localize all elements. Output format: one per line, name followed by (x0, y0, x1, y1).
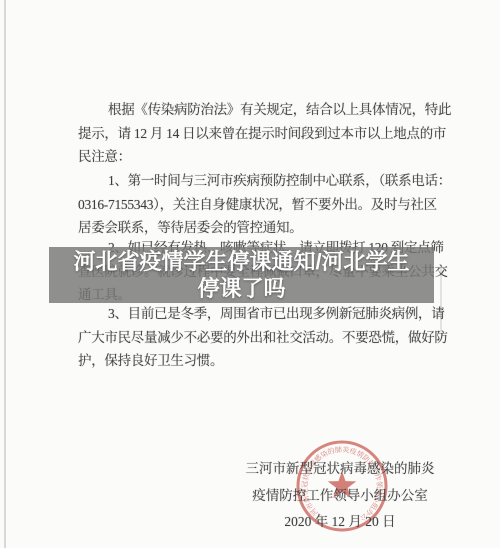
paragraph-line: 民注意： (78, 145, 458, 169)
paragraph-intro: 根据《传染病防治法》有关规定，结合以上具体情况，特此 提示，请 12 月 14 … (78, 98, 458, 169)
signature-block: 三河市新型冠状病毒感染的肺炎 疫情防控工作领导小组办公室 2020 年 12 月… (229, 456, 451, 536)
paragraph-line: 广大市民尽量减少不必要的外出和社交活动。不要恐慌，做好防 (78, 326, 458, 350)
caption-overlay-banner: 河北省疫情学生停课通知/河北学生 停课了吗 (49, 247, 434, 303)
paragraph-item-3: 3、目前已是冬季，周围省市已出现多例新冠肺炎病例，请 广大市民尽量减少不必要的外… (78, 302, 458, 373)
page-left-edge-line (4, 0, 6, 548)
paragraph-line: 护，保持良好卫生习惯。 (78, 349, 458, 373)
signature-date: 2020 年 12 月 20 日 (229, 509, 451, 536)
paragraph-line: 提示，请 12 月 14 日以来曾在提示时间段到过本市以上地点的市 (78, 122, 458, 146)
caption-title-line2: 停课了吗 (49, 275, 434, 302)
paragraph-item-1: 1、第一时间与三河市疾病预防控制中心联系，（联系电话： 0316-7155343… (78, 169, 458, 240)
document-page: 根据《传染病防治法》有关规定，结合以上具体情况，特此 提示，请 12 月 14 … (0, 0, 500, 548)
paragraph-line: 0316-7155343），关注自身健康状况，暂不要外出。及时与社区 (78, 193, 458, 217)
signature-org-line2: 疫情防控工作领导小组办公室 (229, 483, 451, 510)
paragraph-line: 1、第一时间与三河市疾病预防控制中心联系，（联系电话： (78, 169, 458, 193)
signature-org-line1: 三河市新型冠状病毒感染的肺炎 (229, 456, 451, 483)
paragraph-line: 根据《传染病防治法》有关规定，结合以上具体情况，特此 (78, 98, 458, 122)
paragraph-line: 3、目前已是冬季，周围省市已出现多例新冠肺炎病例，请 (78, 302, 458, 326)
caption-title-line1: 河北省疫情学生停课通知/河北学生 (49, 248, 434, 275)
